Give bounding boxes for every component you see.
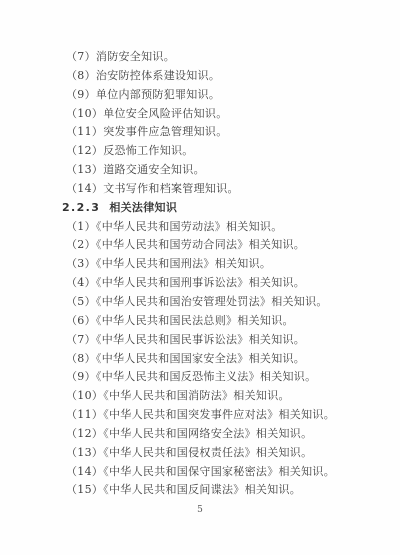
- list-item: （7）消防安全知识。: [0, 48, 400, 67]
- list-item: （14）《中华人民共和国保守国家秘密法》相关知识。: [0, 463, 400, 482]
- list-item: （8）治安防控体系建设知识。: [0, 67, 400, 86]
- list-item: （4）《中华人民共和国刑事诉讼法》相关知识。: [0, 274, 400, 293]
- list-item: （6）《中华人民共和国民法总则》相关知识。: [0, 312, 400, 331]
- list-item: （5）《中华人民共和国治安管理处罚法》相关知识。: [0, 293, 400, 312]
- law-knowledge-list: （1）《中华人民共和国劳动法》相关知识。（2）《中华人民共和国劳动合同法》相关知…: [0, 218, 400, 501]
- list-item: （9）《中华人民共和国反恐怖主义法》相关知识。: [0, 368, 400, 387]
- section-heading-title: 相关法律知识: [109, 201, 177, 214]
- list-item: （13）《中华人民共和国侵权责任法》相关知识。: [0, 444, 400, 463]
- list-item: （15）《中华人民共和国反间谍法》相关知识。: [0, 481, 400, 500]
- list-item: （12）《中华人民共和国网络安全法》相关知识。: [0, 425, 400, 444]
- list-item: （14）文书写作和档案管理知识。: [0, 180, 400, 199]
- list-item: （11）突发事件应急管理知识。: [0, 123, 400, 142]
- list-item: （13）道路交通安全知识。: [0, 161, 400, 180]
- list-item: （2）《中华人民共和国劳动合同法》相关知识。: [0, 236, 400, 255]
- list-item: （12）反恐怖工作知识。: [0, 142, 400, 161]
- section-heading: 2.2.3相关法律知识: [0, 199, 400, 218]
- section-heading-number: 2.2.3: [62, 201, 100, 214]
- list-item: （8）《中华人民共和国国家安全法》相关知识。: [0, 350, 400, 369]
- list-item: （1）《中华人民共和国劳动法》相关知识。: [0, 218, 400, 237]
- list-item: （10）《中华人民共和国消防法》相关知识。: [0, 387, 400, 406]
- document-content: （7）消防安全知识。（8）治安防控体系建设知识。（9）单位内部预防犯罪知识。（1…: [0, 48, 400, 500]
- list-item: （3）《中华人民共和国刑法》相关知识。: [0, 255, 400, 274]
- list-item: （9）单位内部预防犯罪知识。: [0, 86, 400, 105]
- list-item: （10）单位安全风险评估知识。: [0, 105, 400, 124]
- list-item: （7）《中华人民共和国民事诉讼法》相关知识。: [0, 331, 400, 350]
- document-page: （7）消防安全知识。（8）治安防控体系建设知识。（9）单位内部预防犯罪知识。（1…: [0, 0, 400, 555]
- list-item: （11）《中华人民共和国突发事件应对法》相关知识。: [0, 406, 400, 425]
- safety-knowledge-list: （7）消防安全知识。（8）治安防控体系建设知识。（9）单位内部预防犯罪知识。（1…: [0, 48, 400, 199]
- page-number: 5: [0, 505, 400, 515]
